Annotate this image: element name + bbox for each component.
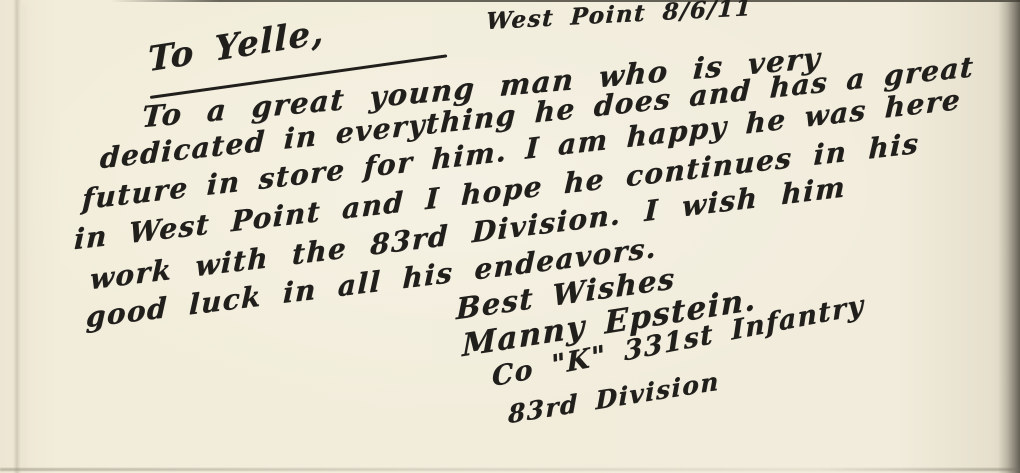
salutation: To Yelle, bbox=[148, 12, 325, 80]
scanned-note-page: West Point 8/6/11 To Yelle, To a great y… bbox=[0, 0, 1020, 473]
scan-bottom-edge-shadow bbox=[0, 468, 1020, 471]
scan-right-edge-shadow bbox=[998, 0, 1020, 473]
date-line: West Point 8/6/11 bbox=[485, 0, 753, 35]
scan-top-edge-shadow bbox=[110, 0, 1020, 2]
page-gutter-shadow bbox=[13, 0, 22, 473]
